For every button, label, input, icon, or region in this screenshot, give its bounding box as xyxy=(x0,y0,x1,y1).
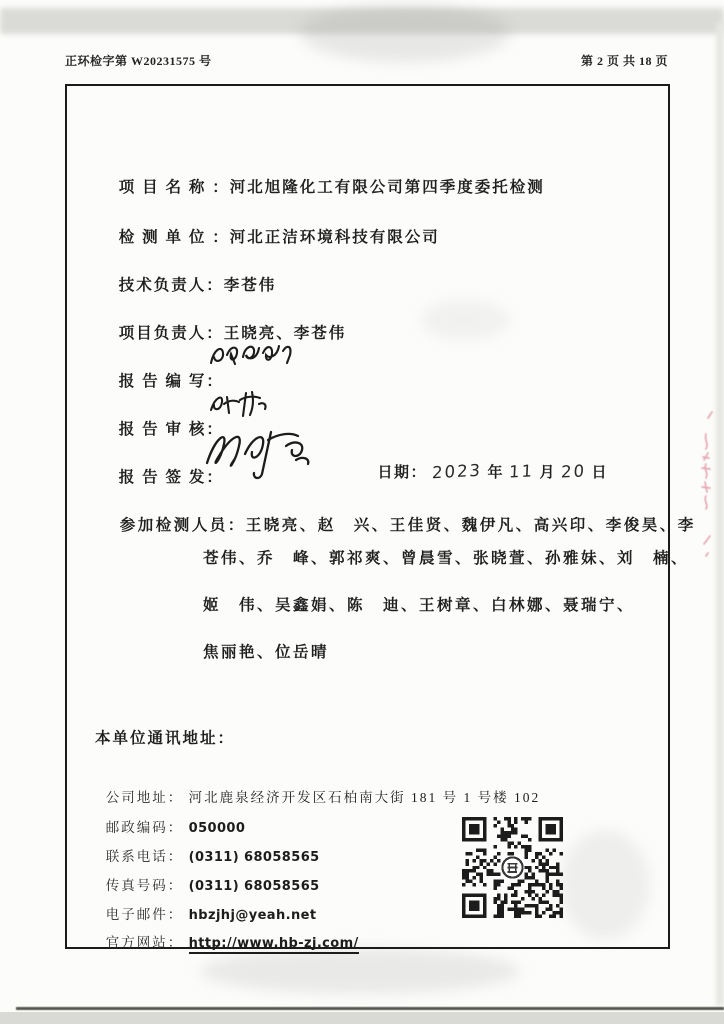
red-bleedthrough-mark xyxy=(694,408,720,563)
participants-line-1: 王晓亮、赵 兴、王佳贤、魏伊凡、高兴印、李俊昊、李 xyxy=(246,517,696,534)
doc-number: 正环检字第 W20231575 号 xyxy=(65,52,212,69)
field-label: 参加检测人员： xyxy=(120,517,246,534)
field-value: 河北旭隆化工有限公司第四季度委托检测 xyxy=(230,179,545,196)
scan-bottom-margin xyxy=(0,1012,724,1024)
issue-date: 日期： 2023 年 11 月 20 日 xyxy=(367,444,608,482)
signature-report-writer xyxy=(206,336,302,378)
participants-line-3: 姬 伟、吴鑫娟、陈 迪、王树章、白林娜、聂瑞宁、 xyxy=(203,593,635,615)
field-test-unit: 检 测 单 位 ：河北正洁环境科技有限公司 xyxy=(107,205,440,249)
field-value: 河北正洁环境科技有限公司 xyxy=(230,229,440,246)
date-label: 日期： xyxy=(378,465,428,481)
date-month-unit: 月 xyxy=(540,465,557,481)
date-day-handwritten: 20 xyxy=(561,461,587,481)
website-link[interactable]: http://www.hb-zj.com/ xyxy=(189,936,359,954)
date-year-handwritten: 2023 xyxy=(432,461,483,483)
field-label: 项 目 名 称 ： xyxy=(119,179,230,196)
contact-section-title: 本单位通讯地址： xyxy=(95,726,235,748)
date-day-unit: 日 xyxy=(592,465,609,481)
page-header: 正环检字第 W20231575 号 第 2 页 共 18 页 xyxy=(65,52,668,69)
field-label: 检 测 单 位 ： xyxy=(119,229,230,246)
date-month-handwritten: 11 xyxy=(509,461,535,481)
date-year-unit: 年 xyxy=(488,465,505,481)
contact-label: 官方网站： xyxy=(106,935,189,950)
field-tech-lead: 技术负责人：李苍伟 xyxy=(107,253,276,297)
qr-code xyxy=(462,817,563,918)
scan-smudge xyxy=(200,948,520,994)
field-participants: 参加检测人员：王晓亮、赵 兴、王佳贤、魏伊凡、高兴印、李俊昊、李 xyxy=(107,493,696,537)
field-label: 技术负责人： xyxy=(119,277,224,294)
contact-website: 官方网站： http://www.hb-zj.com/ xyxy=(95,915,359,951)
scan-page-edge xyxy=(16,1007,724,1010)
participants-line-2: 苍伟、乔 峰、郭祁爽、曾晨雪、张晓萱、孙雅妹、刘 楠、 xyxy=(203,546,689,568)
field-value: 李苍伟 xyxy=(224,277,277,294)
participants-line-4: 焦丽艳、位岳晴 xyxy=(203,640,329,662)
field-project-name: 项 目 名 称 ：河北旭隆化工有限公司第四季度委托检测 xyxy=(107,155,545,199)
signature-report-reviewer xyxy=(206,386,272,422)
page-indicator: 第 2 页 共 18 页 xyxy=(581,52,668,69)
signature-report-issuer xyxy=(197,423,317,485)
